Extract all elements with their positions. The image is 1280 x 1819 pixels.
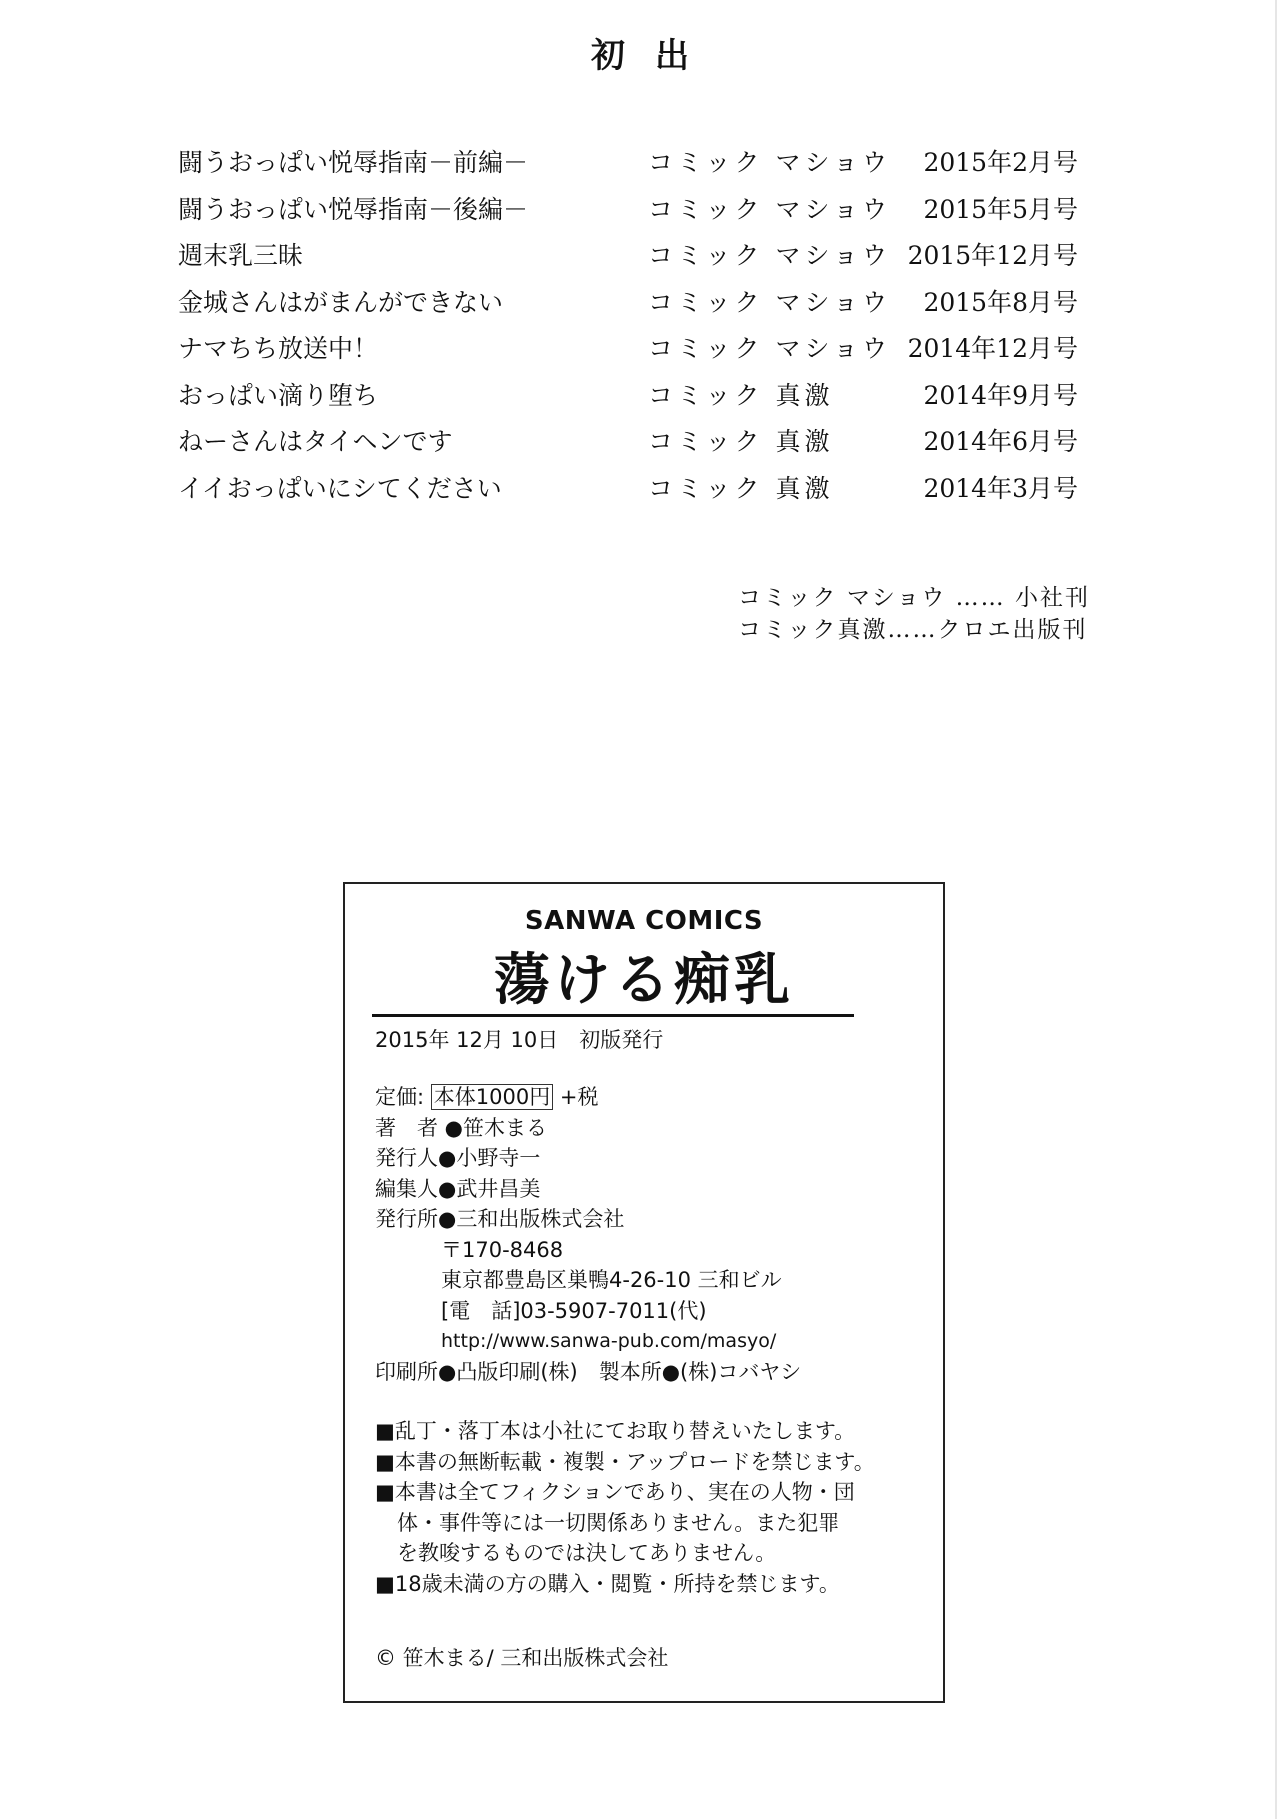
work-title: イイおっぱいにシてください xyxy=(178,466,502,512)
series-name: SANWA COMICS xyxy=(345,906,943,936)
notice: ■本書は全てフィクションであり、実在の人物・団 xyxy=(375,1477,875,1508)
author-row: 著 者 ●笹木まる xyxy=(375,1113,801,1144)
work-magazine: コミック マショウ xyxy=(648,280,891,326)
work-issue: 2015年5月号 xyxy=(923,187,1078,233)
list-item: ナマちち放送中！ コミック マショウ 2014年12月号 xyxy=(178,326,1078,373)
notice: ■18歳未満の方の購入・閲覧・所持を禁じます。 xyxy=(375,1569,875,1600)
works-list: 闘うおっぱい悦辱指南－前編－ コミック マショウ 2015年2月号 闘うおっぱい… xyxy=(178,140,1078,512)
publisher-notes: コミック マショウ …… 小社刊 コミック真激……クロエ出版刊 xyxy=(738,582,1090,646)
postal-code: 〒170-8468 xyxy=(375,1235,801,1266)
notice: を教唆するものでは決してありません。 xyxy=(375,1538,875,1569)
work-issue: 2015年8月号 xyxy=(923,280,1078,326)
notice: ■乱丁・落丁本は小社にてお取り替えいたします。 xyxy=(375,1416,875,1447)
first-appearance-heading: 初出 xyxy=(0,28,1280,77)
work-magazine: コミック 真激 xyxy=(648,419,833,465)
book-title: 蕩ける痴乳 xyxy=(345,936,943,1016)
address: 東京都豊島区巣鴨4-26-10 三和ビル xyxy=(375,1265,801,1296)
work-magazine: コミック マショウ xyxy=(648,326,891,372)
work-title: おっぱい滴り堕ち xyxy=(178,373,378,419)
work-title: 週末乳三昧 xyxy=(178,233,303,279)
publisher-note: コミック真激……クロエ出版刊 xyxy=(738,614,1090,646)
work-title: ナマちち放送中！ xyxy=(178,326,378,372)
list-item: おっぱい滴り堕ち コミック 真激 2014年9月号 xyxy=(178,373,1078,420)
notice: 体・事件等には一切関係ありません。また犯罪 xyxy=(375,1508,875,1539)
list-item: 闘うおっぱい悦辱指南－後編－ コミック マショウ 2015年5月号 xyxy=(178,187,1078,234)
work-issue: 2014年12月号 xyxy=(908,326,1078,372)
phone: [電 話]03-5907-7011(代) xyxy=(375,1296,801,1327)
work-title: 闘うおっぱい悦辱指南－後編－ xyxy=(178,187,528,233)
release-date: 2015年 12月 10日 初版発行 xyxy=(375,1024,663,1054)
colophon-box: SANWA COMICS 蕩ける痴乳 2015年 12月 10日 初版発行 定価… xyxy=(343,882,945,1703)
price-label: 定価: xyxy=(375,1085,424,1109)
work-magazine: コミック マショウ xyxy=(648,233,891,279)
work-magazine: コミック 真激 xyxy=(648,466,833,512)
notices: ■乱丁・落丁本は小社にてお取り替えいたします。 ■本書の無断転載・複製・アップロ… xyxy=(375,1416,875,1599)
notice: ■本書の無断転載・複製・アップロードを禁じます。 xyxy=(375,1447,875,1478)
issuer-row: 発行人●小野寺一 xyxy=(375,1143,801,1174)
copyright: © 笹木まる/ 三和出版株式会社 xyxy=(375,1642,668,1672)
publisher-row: 発行所●三和出版株式会社 xyxy=(375,1204,801,1235)
page-edge xyxy=(1275,0,1277,1819)
printer-row: 印刷所●凸版印刷(株) 製本所●(株)コバヤシ xyxy=(375,1357,801,1388)
website-url: http://www.sanwa-pub.com/masyo/ xyxy=(375,1326,801,1357)
list-item: イイおっぱいにシてください コミック 真激 2014年3月号 xyxy=(178,466,1078,513)
work-issue: 2015年12月号 xyxy=(908,233,1078,279)
editor-row: 編集人●武井昌美 xyxy=(375,1174,801,1205)
work-issue: 2015年2月号 xyxy=(923,140,1078,186)
price-value: 本体1000円 xyxy=(431,1084,553,1110)
work-title: 闘うおっぱい悦辱指南－前編－ xyxy=(178,140,528,186)
work-issue: 2014年3月号 xyxy=(923,466,1078,512)
price-row: 定価: 本体1000円 +税 xyxy=(375,1082,801,1113)
list-item: ねーさんはタイヘンです コミック 真激 2014年6月号 xyxy=(178,419,1078,466)
list-item: 闘うおっぱい悦辱指南－前編－ コミック マショウ 2015年2月号 xyxy=(178,140,1078,187)
publisher-note: コミック マショウ …… 小社刊 xyxy=(738,582,1090,614)
publication-info: 定価: 本体1000円 +税 著 者 ●笹木まる 発行人●小野寺一 編集人●武井… xyxy=(375,1082,801,1387)
work-issue: 2014年6月号 xyxy=(923,419,1078,465)
list-item: 週末乳三昧 コミック マショウ 2015年12月号 xyxy=(178,233,1078,280)
work-title: ねーさんはタイヘンです xyxy=(178,419,453,465)
work-title: 金城さんはがまんができない xyxy=(178,280,503,326)
work-magazine: コミック マショウ xyxy=(648,187,891,233)
work-magazine: コミック マショウ xyxy=(648,140,891,186)
list-item: 金城さんはがまんができない コミック マショウ 2015年8月号 xyxy=(178,280,1078,327)
work-magazine: コミック 真激 xyxy=(648,373,833,419)
price-tax: +税 xyxy=(560,1085,599,1109)
work-issue: 2014年9月号 xyxy=(923,373,1078,419)
divider xyxy=(372,1014,854,1017)
